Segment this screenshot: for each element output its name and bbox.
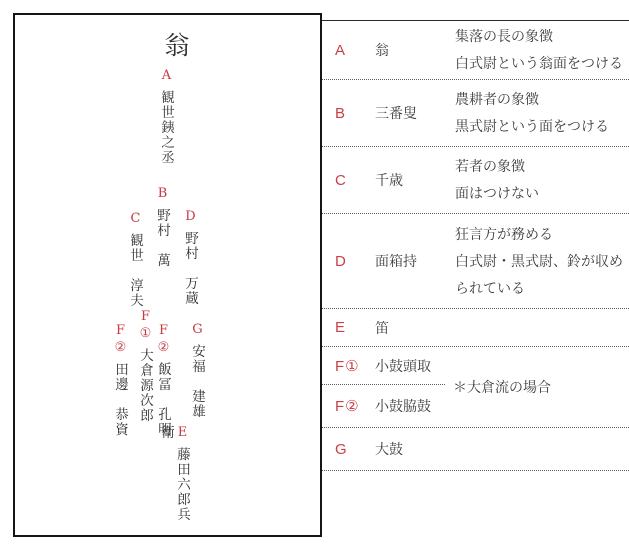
legend-description (455, 428, 629, 470)
performer-column-a: A観世銕之丞 (158, 68, 174, 165)
legend-letter: D (322, 214, 375, 308)
performer-label: A (159, 68, 174, 85)
legend-description: 若者の象徴 面はつけない (455, 147, 629, 213)
legend-desc-line: 集落の長の象徴 (455, 23, 553, 50)
okina-program-diagram: 翁 A観世銕之丞 B野村 萬 C観世 淳夫 D野村 万蔵 F①大倉源次郎 F②田… (0, 0, 629, 552)
legend-desc-line: 面はつけない (455, 180, 539, 207)
performer-label: E (175, 425, 190, 442)
legend-description: 集落の長の象徴 白式尉という翁面をつける (455, 21, 629, 79)
legend-desc-line: 白式尉という翁面をつける (455, 50, 623, 77)
legend-note: ＊大倉流の場合 (451, 377, 553, 397)
legend-role-name: 千歳 (375, 147, 455, 213)
performer-label: C (128, 211, 143, 228)
performer-label: F② (113, 323, 128, 357)
legend-letter: E (322, 309, 375, 346)
legend-description: 狂言方が務める 白式尉・黒式尉、鈴が収め られている (455, 214, 629, 308)
legend-letter: C (322, 147, 375, 213)
performer-column-b: B野村 萬 (154, 186, 170, 268)
performer-column-f2-right: F②飯冨 孔明 (155, 323, 171, 437)
legend-description: 農耕者の象徴 黒式尉という面をつける (455, 80, 629, 146)
stage-diagram-box: 翁 A観世銕之丞 B野村 萬 C観世 淳夫 D野村 万蔵 F①大倉源次郎 F②田… (13, 13, 322, 537)
performer-label: G (190, 322, 205, 339)
legend-desc-line: 若者の象徴 (455, 153, 525, 180)
legend-desc-line: 農耕者の象徴 (455, 86, 539, 113)
legend-role-name: 笛 (375, 309, 455, 346)
legend-role-name: 小鼓頭取 (375, 347, 455, 384)
legend-desc-line: 狂言方が務める (455, 221, 553, 248)
performer-label: F① (138, 309, 153, 343)
legend-role-name: 面箱持 (375, 214, 455, 308)
legend-description (455, 309, 629, 346)
legend-row-e: E 笛 (322, 309, 629, 347)
legend-role-name: 大鼓 (375, 428, 455, 470)
performer-column-g: G安福 建雄 (189, 322, 205, 419)
performer-column-f1: F①大倉源次郎 (137, 309, 153, 423)
legend-letter: F① (322, 347, 375, 384)
legend-row-a: A 翁 集落の長の象徴 白式尉という翁面をつける (322, 21, 629, 80)
performer-label: D (183, 209, 198, 226)
performer-label: B (155, 186, 170, 203)
legend-desc-line: 黒式尉という面をつける (455, 113, 609, 140)
performer-name: 観世銕之丞 (158, 90, 174, 165)
performer-column-e: E藤田六郎兵衛 (158, 425, 190, 535)
performer-column-d: D野村 万蔵 (182, 209, 198, 306)
performer-label: F② (156, 323, 171, 357)
legend-row-b: B 三番叟 農耕者の象徴 黒式尉という面をつける (322, 80, 629, 147)
performer-name: 野村 萬 (154, 208, 170, 268)
legend-row-d: D 面箱持 狂言方が務める 白式尉・黒式尉、鈴が収め られている (322, 214, 629, 309)
legend-letter: A (322, 21, 375, 79)
legend-role-name: 三番叟 (375, 80, 455, 146)
legend-letter: G (322, 428, 375, 470)
performer-column-f2-left: F②田邊 恭資 (112, 323, 128, 437)
legend-role-name: 翁 (375, 21, 455, 79)
performer-name: 安福 建雄 (189, 344, 205, 419)
partial-row-separator (322, 384, 445, 385)
performer-name: 観世 淳夫 (127, 233, 143, 308)
legend-desc-line: られている (455, 275, 525, 302)
performer-name: 野村 万蔵 (182, 231, 198, 306)
legend-table: A 翁 集落の長の象徴 白式尉という翁面をつける B 三番叟 農耕者の象徴 黒式… (322, 20, 629, 471)
legend-row-g: G 大鼓 (322, 428, 629, 471)
legend-row-c: C 千歳 若者の象徴 面はつけない (322, 147, 629, 214)
legend-role-name: 小鼓脇鼓 (375, 384, 455, 427)
performer-name: 大倉源次郎 (137, 348, 153, 423)
performer-column-c: C観世 淳夫 (127, 211, 143, 308)
legend-desc-line: 白式尉・黒式尉、鈴が収め (455, 248, 623, 275)
performer-name: 田邊 恭資 (112, 362, 128, 437)
stage-title: 翁 (152, 26, 202, 62)
legend-letter: B (322, 80, 375, 146)
legend-letter: F② (322, 384, 375, 427)
